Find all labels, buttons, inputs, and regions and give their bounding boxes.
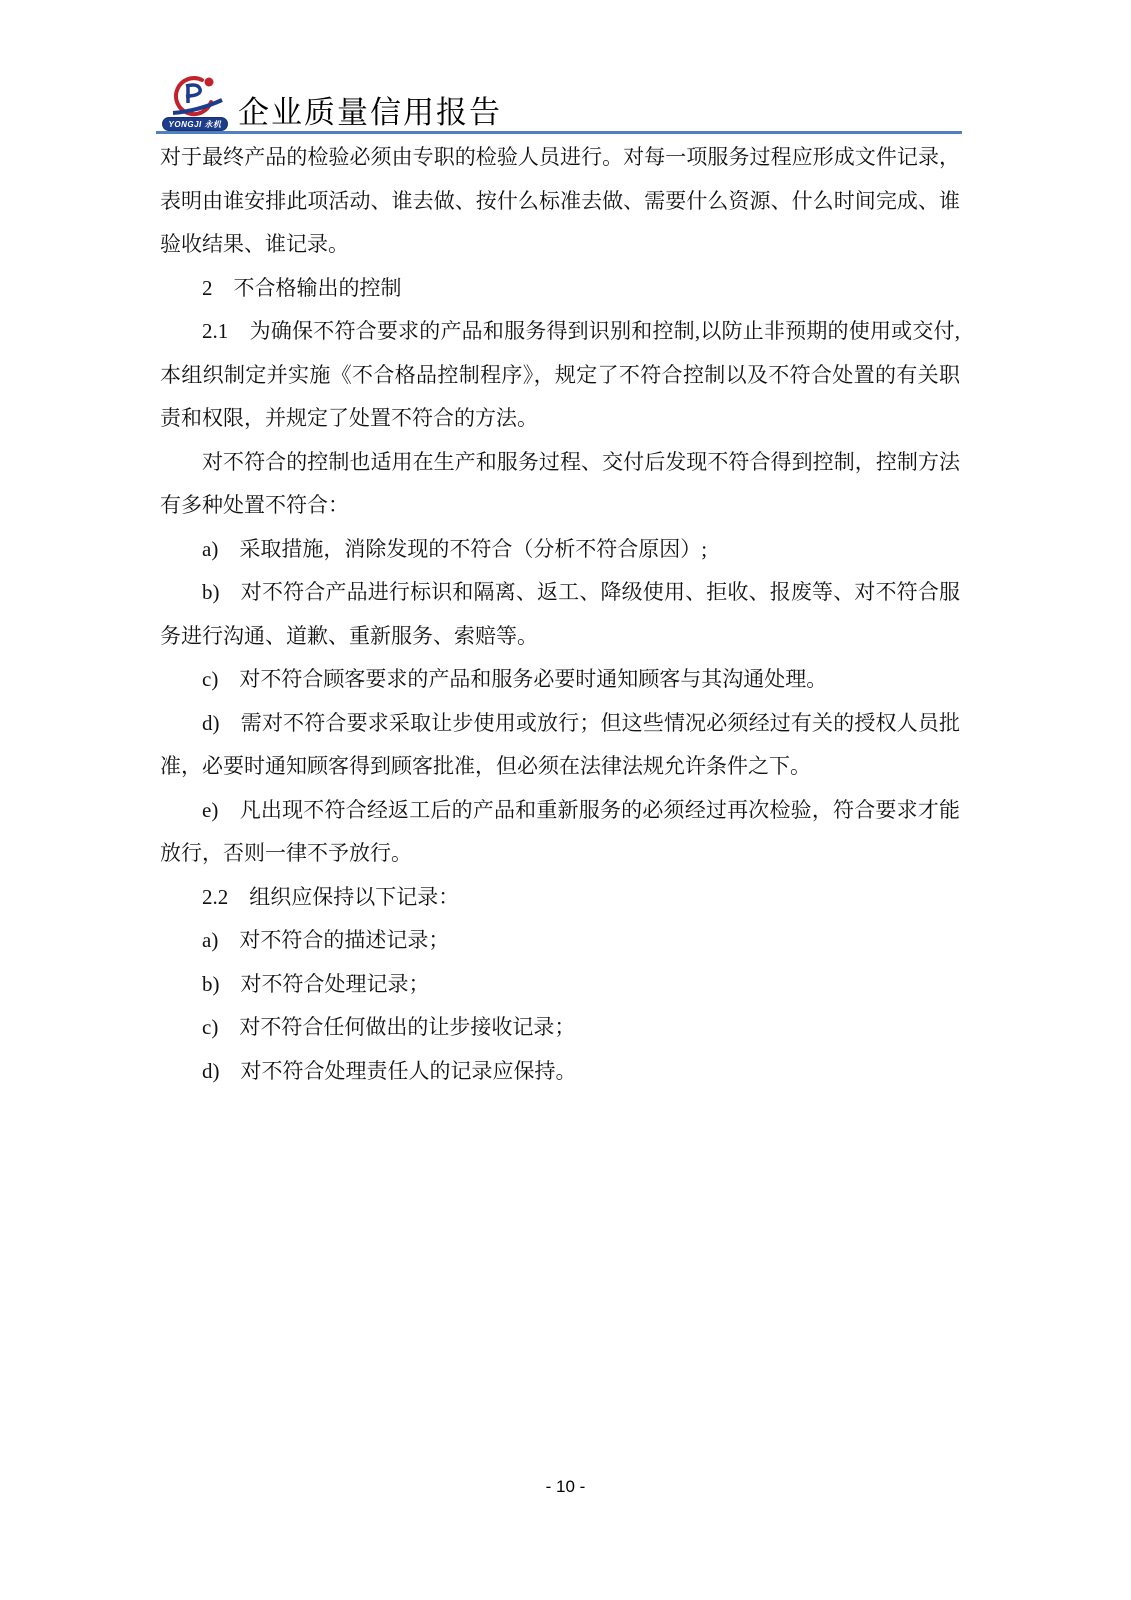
list-item-c: c) 对不符合任何做出的让步接收记录； [160,1006,960,1050]
section-heading: 2 不合格输出的控制 [160,267,960,311]
page-header: YONGJI 永机 企业质量信用报告 [160,70,960,131]
page-title: 企业质量信用报告 [238,97,502,131]
page-number: - 10 - [0,1477,1131,1497]
document-body: 对于最终产品的检验必须由专职的检验人员进行。对每一项服务过程应形成文件记录，表明… [160,136,960,1093]
list-item-d: d) 需对不符合要求采取让步使用或放行；但这些情况必须经过有关的授权人员批准，必… [160,702,960,789]
paragraph: 2.1 为确保不符合要求的产品和服务得到识别和控制,以防止非预期的使用或交付,本… [160,310,960,441]
list-item-b: b) 对不符合产品进行标识和隔离、返工、降级使用、拒收、报废等、对不符合服务进行… [160,571,960,658]
list-item-e: e) 凡出现不符合经返工后的产品和重新服务的必须经过再次检验，符合要求才能放行，… [160,789,960,876]
list-item-c: c) 对不符合顾客要求的产品和服务必要时通知顾客与其沟通处理。 [160,658,960,702]
section-heading: 2.2 组织应保持以下记录： [160,876,960,920]
logo-emblem-icon [160,73,230,121]
yongji-logo: YONGJI 永机 [160,73,230,131]
list-item-b: b) 对不符合处理记录； [160,963,960,1007]
list-item-a: a) 采取措施，消除发现的不符合（分析不符合原因）; [160,528,960,572]
document-page: YONGJI 永机 企业质量信用报告 对于最终产品的检验必须由专职的检验人员进行… [160,0,960,1093]
header-rule [156,131,962,134]
paragraph: 对于最终产品的检验必须由专职的检验人员进行。对每一项服务过程应形成文件记录，表明… [160,136,960,267]
list-item-d: d) 对不符合处理责任人的记录应保持。 [160,1050,960,1094]
list-item-a: a) 对不符合的描述记录； [160,919,960,963]
paragraph: 对不符合的控制也适用在生产和服务过程、交付后发现不符合得到控制，控制方法有多种处… [160,441,960,528]
logo-banner: YONGJI 永机 [162,117,228,131]
